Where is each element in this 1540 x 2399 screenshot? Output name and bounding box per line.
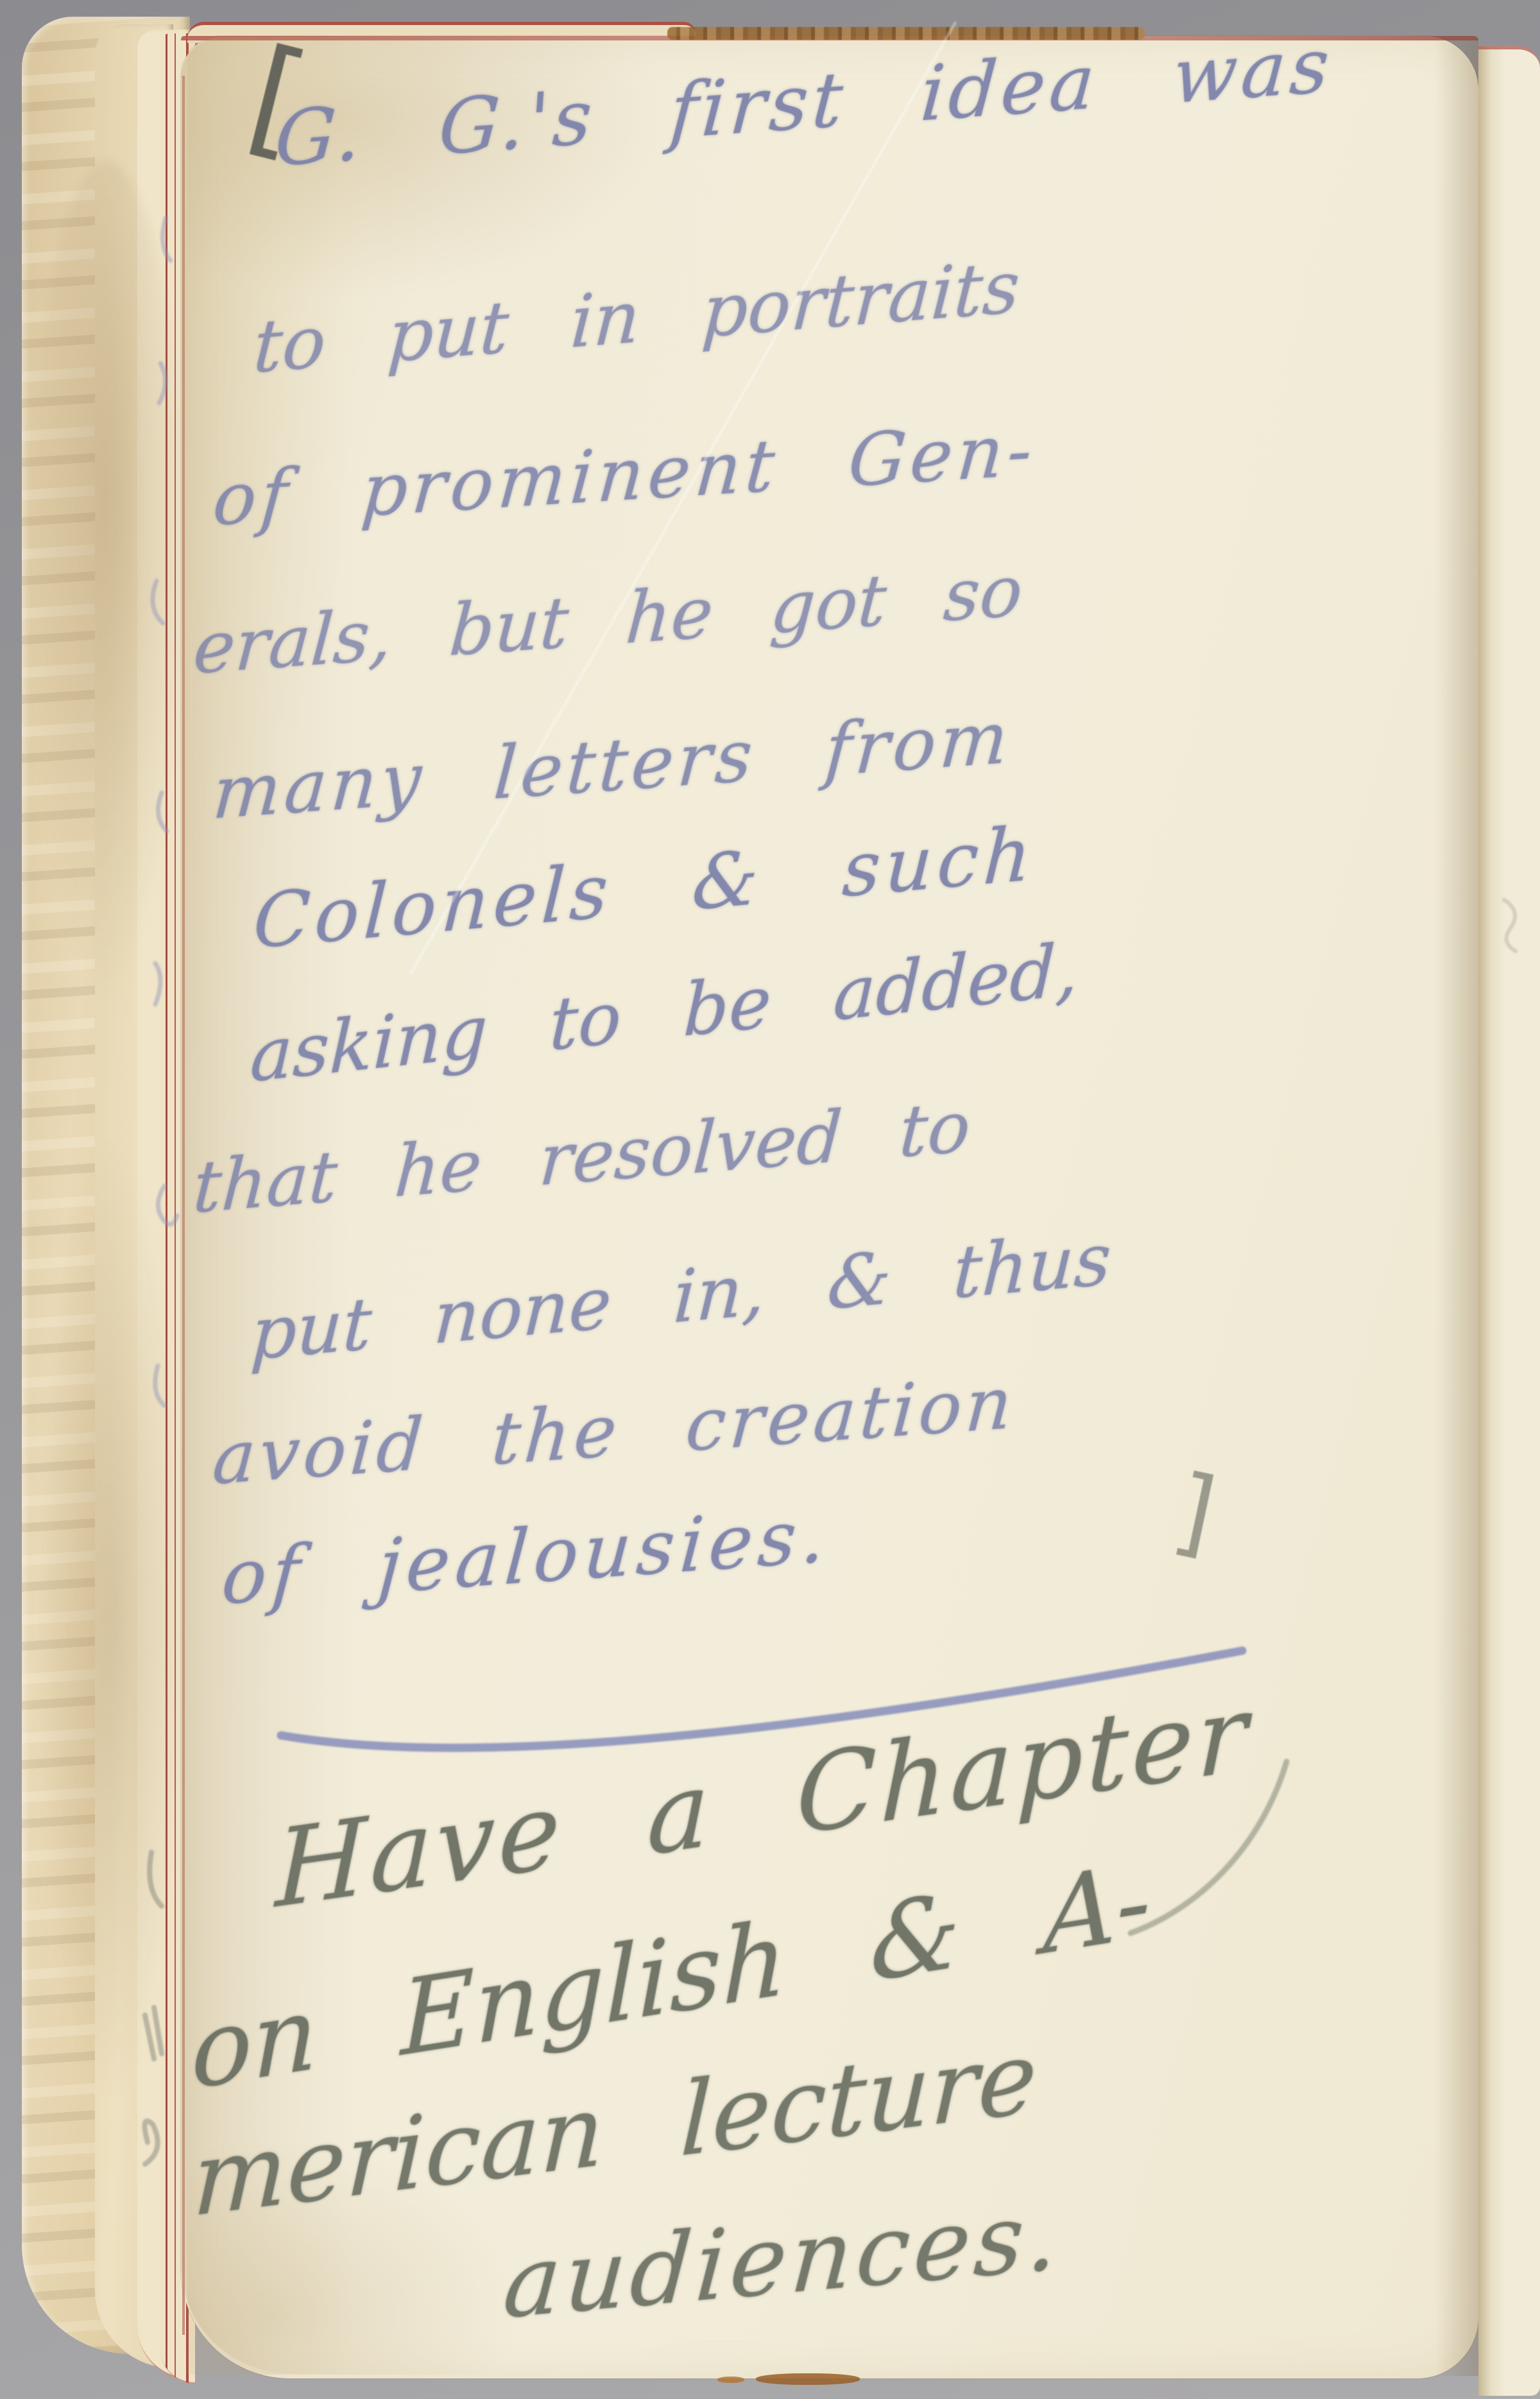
binding-remnant	[717, 2377, 744, 2383]
torn-binding-residue	[667, 27, 1145, 40]
next-page-edge	[1478, 46, 1540, 2396]
notebook-photo: [ G. G.'s first idea was to put in portr…	[0, 0, 1540, 2399]
gutter-shadow	[1435, 39, 1478, 2376]
binding-remnant	[756, 2373, 860, 2385]
water-stain	[36, 1130, 185, 2105]
water-stain	[27, 160, 186, 1008]
